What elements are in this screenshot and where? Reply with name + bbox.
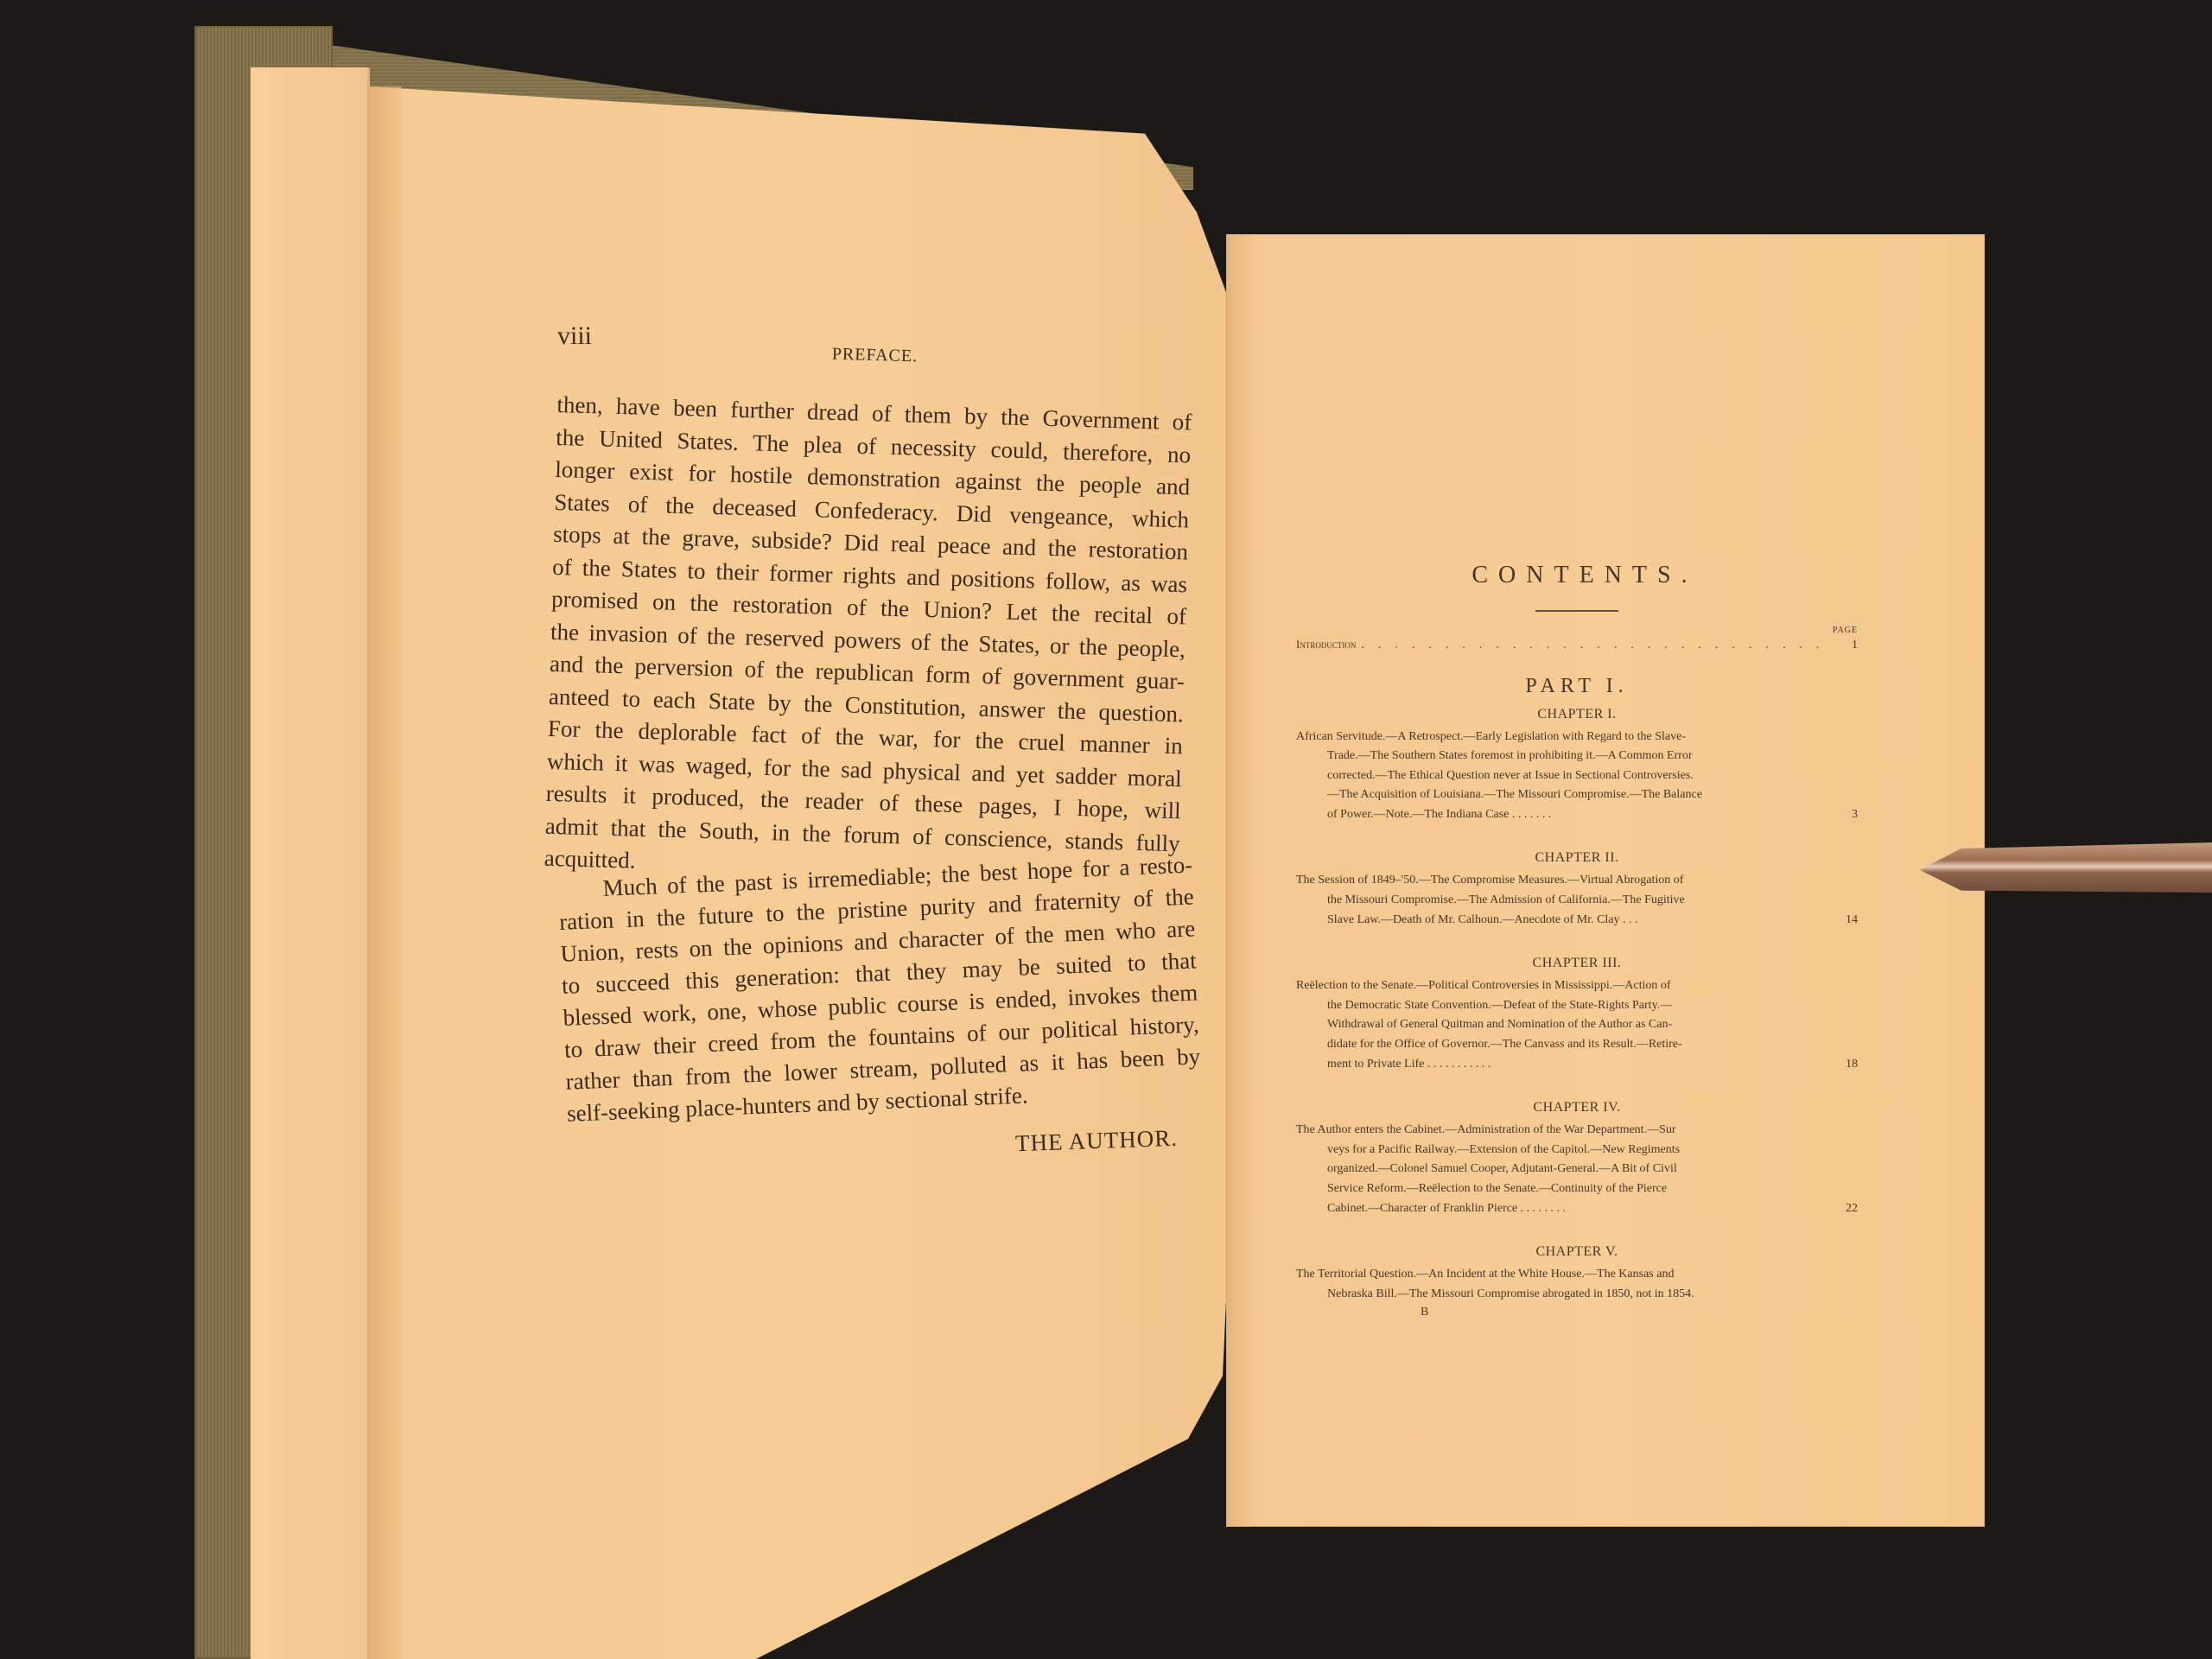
contents-title: CONTENTS. [1312,562,1858,589]
toc-line: Reëlection to the Senate.—Political Cont… [1296,976,1823,996]
pointer-stylus-icon [1920,842,2212,893]
toc-page-number: 3 [1852,805,1858,825]
toc-line: didate for the Office of Governor.—The C… [1296,1035,1823,1055]
toc-line: veys for a Pacific Railway.—Extension of… [1296,1141,1823,1160]
chapter-heading: CHAPTER I. [1296,707,1858,722]
toc-line: —The Acquisition of Louisiana.—The Misso… [1296,785,1823,805]
left-page-edge-shadow [367,86,402,1659]
toc-line: Cabinet.—Character of Franklin Pierce . … [1296,1199,1823,1219]
toc-line: organized.—Colonel Samuel Cooper, Adjuta… [1296,1160,1823,1179]
page-column-label: PAGE [1296,626,1858,635]
toc-line: Slave Law.—Death of Mr. Calhoun.—Anecdot… [1296,911,1823,931]
toc-line: Service Reform.—Reëlection to the Senate… [1296,1179,1823,1199]
leader-dots: .............................. [1356,636,1832,656]
toc-line: of Power.—Note.—The Indiana Case . . . .… [1296,805,1823,825]
toc-page-number: 18 [1846,1055,1858,1075]
book-photo: viii PREFACE. then, have been further dr… [0,0,2212,1659]
toc-page-number: 22 [1846,1199,1858,1219]
toc-line: corrected.—The Ethical Question never at… [1296,766,1823,786]
toc-entry-chapter-2: The Session of 1849–'50.—The Compromise … [1296,871,1858,930]
toc-line: The Territorial Question.—An Incident at… [1296,1265,1823,1285]
preface-paragraph-2: Much of the past is irremediable; the be… [557,849,1202,1130]
toc-line: ment to Private Life . . . . . . . . . .… [1296,1055,1823,1075]
flyleaf [251,67,370,1659]
preface-paragraph-1: then, have been further dread of them by… [543,389,1192,893]
author-signature: THE AUTHOR. [1015,1125,1179,1158]
chapter-heading: CHAPTER III. [1296,956,1858,971]
toc-entry-chapter-1: African Servitude.—A Retrospect.—Early L… [1296,728,1858,825]
toc-line: The Session of 1849–'50.—The Compromise … [1296,871,1823,891]
toc-entry-introduction: Introduction ...........................… [1296,635,1858,656]
toc-entry-chapter-4: The Author enters the Cabinet.—Administr… [1296,1121,1858,1218]
signature-mark: B [1296,1306,1858,1319]
part-heading: PART I. [1296,675,1858,698]
title-rule [1535,610,1618,612]
toc-line: Withdrawal of General Quitman and Nomina… [1296,1015,1823,1035]
toc-entry-label: Introduction [1296,635,1356,655]
toc-entry-chapter-5: The Territorial Question.—An Incident at… [1296,1265,1858,1304]
toc-entry-chapter-3: Reëlection to the Senate.—Political Cont… [1296,976,1858,1074]
toc-line: Nebraska Bill.—The Missouri Compromise a… [1296,1285,1823,1305]
toc-page-number: 1 [1832,636,1858,656]
contents-page: CONTENTS. PAGE Introduction ............… [1296,562,1858,1319]
toc-line: African Servitude.—A Retrospect.—Early L… [1296,728,1823,747]
chapter-heading: CHAPTER IV. [1296,1100,1858,1116]
toc-line: the Democratic State Convention.—Defeat … [1296,996,1823,1016]
chapter-heading: CHAPTER V. [1296,1244,1858,1260]
toc-line: the Missouri Compromise.—The Admission o… [1296,891,1823,911]
toc-page-number: 14 [1846,911,1858,931]
toc-line: Trade.—The Southern States foremost in p… [1296,747,1823,766]
toc-line: The Author enters the Cabinet.—Administr… [1296,1121,1823,1141]
chapter-heading: CHAPTER II. [1296,850,1858,866]
